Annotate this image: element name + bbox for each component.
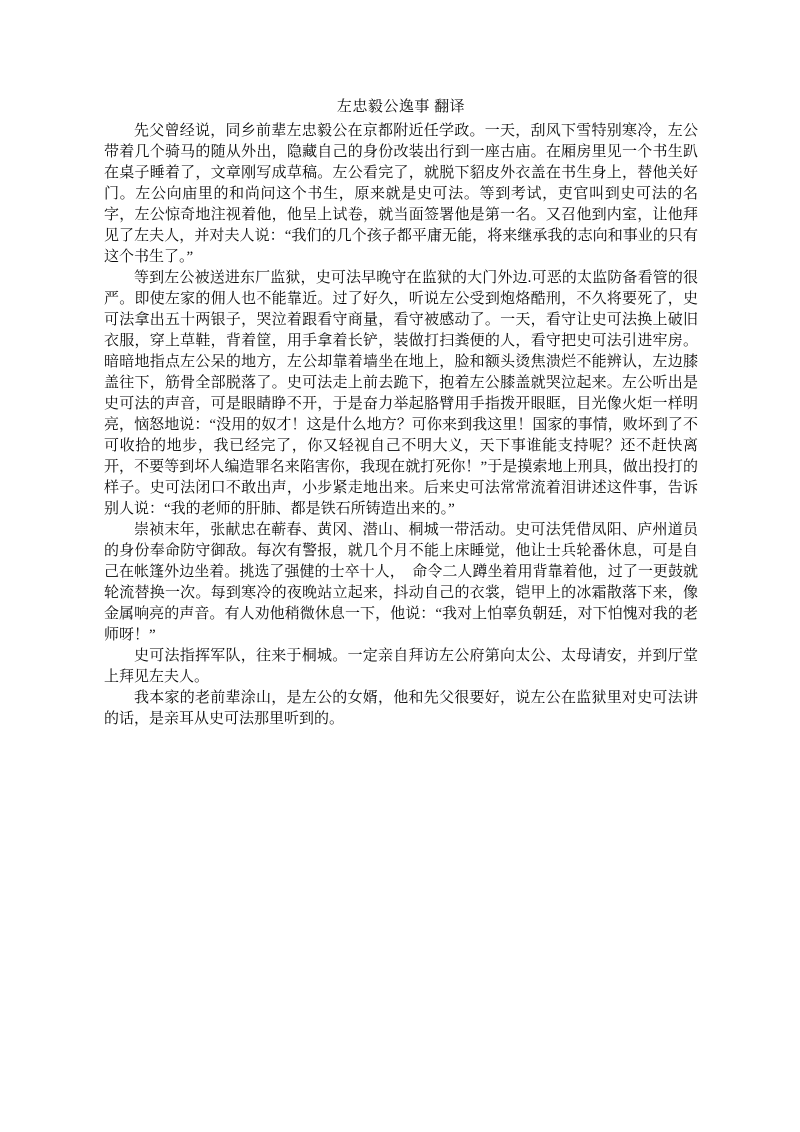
document-page: 左忠毅公逸事 翻译 先父曾经说，同乡前辈左忠毅公在京都附近任学政。一天，刮风下雪… [104,96,698,730]
paragraph-1: 先父曾经说，同乡前辈左忠毅公在京都附近任学政。一天，刮风下雪特别寒冷，左公带着几… [104,121,698,268]
paragraph-5: 我本家的老前辈涂山，是左公的女婿，他和先父很要好，说左公在监狱里对史可法讲的话，… [104,688,698,730]
document-title: 左忠毅公逸事 翻译 [104,96,698,118]
paragraph-4: 史可法指挥军队，往来于桐城。一定亲自拜访左公府第向太公、太母请安，并到厅堂上拜见… [104,646,698,688]
paragraph-2: 等到左公被送进东厂监狱，史可法早晚守在监狱的大门外边.可恶的太监防备看管的很严。… [104,268,698,520]
paragraph-3: 崇祯末年，张献忠在蕲春、黄冈、潜山、桐城一带活动。史可法凭借凤阳、庐州道员的身份… [104,520,698,646]
